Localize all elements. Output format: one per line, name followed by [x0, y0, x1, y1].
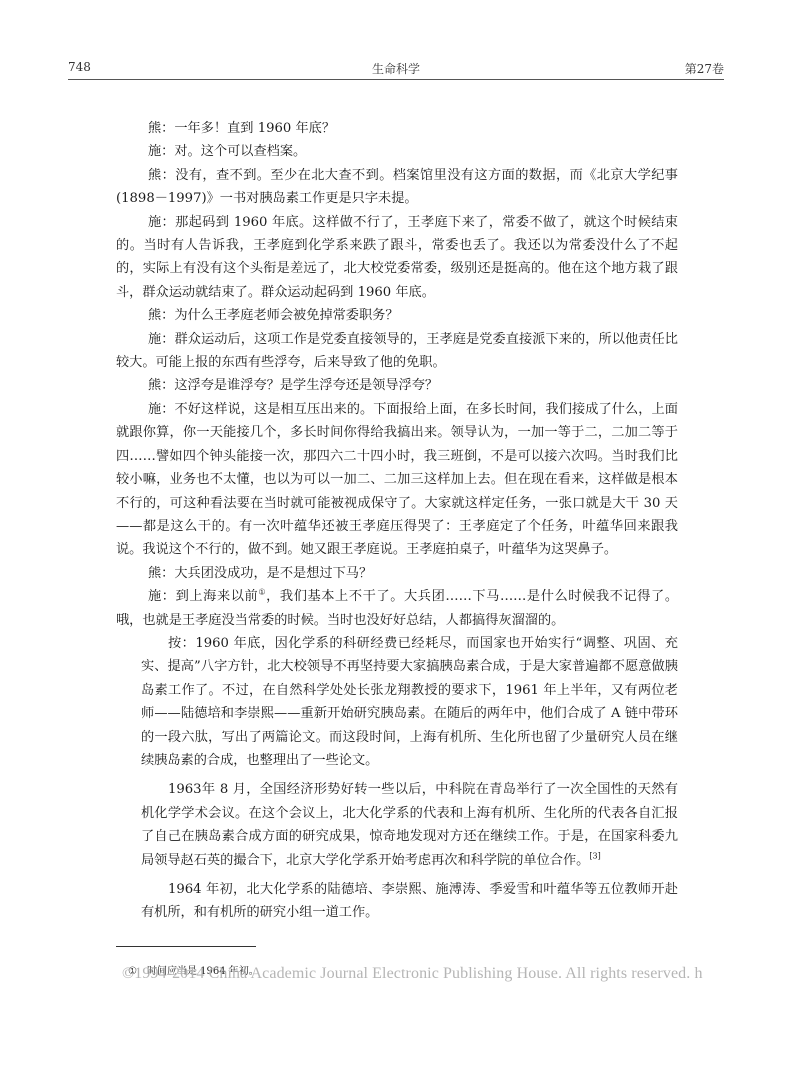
- dialog-paragraph: 熊：这浮夸是谁浮夸？是学生浮夸还是领导浮夸？: [116, 374, 678, 397]
- dialog-paragraph: 施：不好这样说，这是相互压出来的。下面报给上面，在多长时间，我们接成了什么，上面…: [116, 398, 678, 562]
- copyright-watermark: ©1994-2014 China Academic Journal Electr…: [122, 965, 703, 983]
- running-header: 748 生命科学 第27卷: [68, 60, 724, 78]
- article-body: 熊：一年多！直到 1960 年底？ 施：对。这个可以查档案。 熊：没有，查不到。…: [116, 117, 678, 925]
- dialog-paragraph: 施：那起码到 1960 年底。这样做不行了，王孝庭下来了，常委不做了，就这个时候…: [116, 211, 678, 305]
- dialog-paragraph: 熊：没有，查不到。至少在北大查不到。档案馆里没有这方面的数据，而《北京大学纪事(…: [116, 164, 678, 211]
- paragraph-text: 施：到上海来以前: [148, 589, 258, 604]
- footnote-mark[interactable]: ①: [258, 588, 266, 597]
- citation-mark[interactable]: [3]: [589, 851, 600, 860]
- volume-label: 第27卷: [685, 60, 724, 77]
- dialog-paragraph: 熊：大兵团没成功，是不是想过下马？: [116, 562, 678, 585]
- journal-title: 生命科学: [68, 60, 724, 77]
- dialog-paragraph: 施：对。这个可以查档案。: [116, 140, 678, 163]
- dialog-paragraph: 熊：一年多！直到 1960 年底？: [116, 117, 678, 140]
- editor-note-paragraph: 按：1960 年底，因化学系的科研经费已经耗尽，而国家也开始实行“调整、巩固、充…: [141, 632, 678, 772]
- dialog-paragraph: 熊：为什么王孝庭老师会被免掉常委职务？: [116, 304, 678, 327]
- narrative-paragraph: 1963年 8 月，全国经济形势好转一些以后，中科院在青岛举行了一次全国性的天然…: [141, 778, 678, 872]
- narrative-paragraph: 1964 年初，北大化学系的陆德培、李崇熙、施溥涛、季爱雪和叶蕴华等五位教师开赴…: [141, 878, 678, 925]
- header-rule: [68, 79, 724, 80]
- dialog-paragraph: 施：到上海来以前①，我们基本上不干了。大兵团……下马……是什么时候我不记得了。哦…: [116, 585, 678, 632]
- footnote-rule: [116, 946, 256, 947]
- dialog-paragraph: 施：群众运动后，这项工作是党委直接领导的，王孝庭是党委直接派下来的，所以他责任比…: [116, 328, 678, 375]
